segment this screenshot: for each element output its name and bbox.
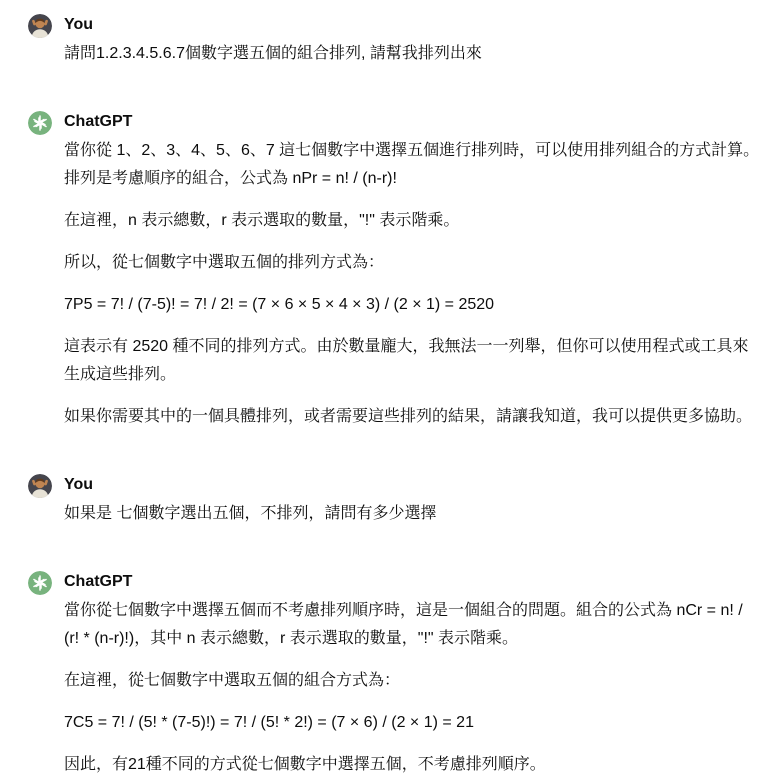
message-line: 在這裡，n 表示總數，r 表示選取的數量，"!" 表示階乘。 <box>64 207 762 235</box>
user-avatar-icon <box>28 474 52 498</box>
message-paragraph: 請問1.2.3.4.5.6.7個數字選五個的組合排列, 請幫我排列出來 <box>64 40 762 68</box>
assistant-avatar <box>28 571 52 595</box>
assistant-message: ChatGPT 當你從 1、2、3、4、5、6、7 這七個數字中選擇五個進行排列… <box>28 110 762 431</box>
formula-line: 7P5 = 7! / (7-5)! = 7! / 2! = (7 × 6 × 5… <box>64 291 762 319</box>
message-line: 所以，從七個數字中選取五個的排列方式為： <box>64 249 762 277</box>
message-line: 如果你需要其中的一個具體排列，或者需要這些排列的結果，請讓我知道，我可以提供更多… <box>64 403 762 431</box>
openai-logo-icon <box>28 111 52 135</box>
message-paragraph: 在這裡，n 表示總數，r 表示選取的數量，"!" 表示階乘。 <box>64 207 762 235</box>
openai-logo-icon <box>28 571 52 595</box>
message-paragraph: 如果你需要其中的一個具體排列，或者需要這些排列的結果，請讓我知道，我可以提供更多… <box>64 403 762 431</box>
message-line: 請問1.2.3.4.5.6.7個數字選五個的組合排列, 請幫我排列出來 <box>64 40 762 68</box>
message-content: You 如果是 七個數字選出五個，不排列，請問有多少選擇 <box>64 473 762 528</box>
message-line: 當你從七個數字中選擇五個而不考慮排列順序時，這是一個組合的問題。組合的公式為 n… <box>64 597 762 625</box>
message-line: (r! * (n-r)!)，其中 n 表示總數，r 表示選取的數量，"!" 表示… <box>64 625 762 653</box>
user-message: You 如果是 七個數字選出五個，不排列，請問有多少選擇 <box>28 473 762 528</box>
message-paragraph: 在這裡，從七個數字中選取五個的組合方式為： <box>64 667 762 695</box>
assistant-avatar <box>28 111 52 135</box>
message-paragraph: 所以，從七個數字中選取五個的排列方式為： <box>64 249 762 277</box>
message-line: 生成這些排列。 <box>64 361 762 389</box>
message-content: ChatGPT 當你從 1、2、3、4、5、6、7 這七個數字中選擇五個進行排列… <box>64 110 762 431</box>
message-author: You <box>64 473 762 497</box>
message-author: ChatGPT <box>64 110 762 134</box>
message-line: 如果是 七個數字選出五個，不排列，請問有多少選擇 <box>64 500 762 528</box>
message-paragraph: 因此，有21種不同的方式從七個數字中選擇五個，不考慮排列順序。 <box>64 751 762 779</box>
user-message: You 請問1.2.3.4.5.6.7個數字選五個的組合排列, 請幫我排列出來 <box>28 13 762 68</box>
user-avatar <box>28 474 52 498</box>
message-paragraph-formula: 7P5 = 7! / (7-5)! = 7! / 2! = (7 × 6 × 5… <box>64 291 762 319</box>
message-author: ChatGPT <box>64 570 762 594</box>
user-avatar <box>28 14 52 38</box>
message-content: You 請問1.2.3.4.5.6.7個數字選五個的組合排列, 請幫我排列出來 <box>64 13 762 68</box>
message-paragraph: 如果是 七個數字選出五個，不排列，請問有多少選擇 <box>64 500 762 528</box>
message-line: 排列是考慮順序的組合，公式為 nPr = n! / (n-r)! <box>64 165 762 193</box>
message-paragraph: 這表示有 2520 種不同的排列方式。由於數量龐大，我無法一一列舉，但你可以使用… <box>64 333 762 389</box>
chat-conversation: You 請問1.2.3.4.5.6.7個數字選五個的組合排列, 請幫我排列出來 <box>0 0 780 779</box>
message-line: 當你從 1、2、3、4、5、6、7 這七個數字中選擇五個進行排列時，可以使用排列… <box>64 137 762 165</box>
user-avatar-icon <box>28 14 52 38</box>
assistant-message: ChatGPT 當你從七個數字中選擇五個而不考慮排列順序時，這是一個組合的問題。… <box>28 570 762 779</box>
message-line: 在這裡，從七個數字中選取五個的組合方式為： <box>64 667 762 695</box>
message-paragraph-formula: 7C5 = 7! / (5! * (7-5)!) = 7! / (5! * 2!… <box>64 709 762 737</box>
message-paragraph: 當你從 1、2、3、4、5、6、7 這七個數字中選擇五個進行排列時，可以使用排列… <box>64 137 762 193</box>
message-author: You <box>64 13 762 37</box>
message-content: ChatGPT 當你從七個數字中選擇五個而不考慮排列順序時，這是一個組合的問題。… <box>64 570 762 779</box>
message-line: 因此，有21種不同的方式從七個數字中選擇五個，不考慮排列順序。 <box>64 751 762 779</box>
message-paragraph: 當你從七個數字中選擇五個而不考慮排列順序時，這是一個組合的問題。組合的公式為 n… <box>64 597 762 653</box>
message-line: 這表示有 2520 種不同的排列方式。由於數量龐大，我無法一一列舉，但你可以使用… <box>64 333 762 361</box>
formula-line: 7C5 = 7! / (5! * (7-5)!) = 7! / (5! * 2!… <box>64 709 762 737</box>
